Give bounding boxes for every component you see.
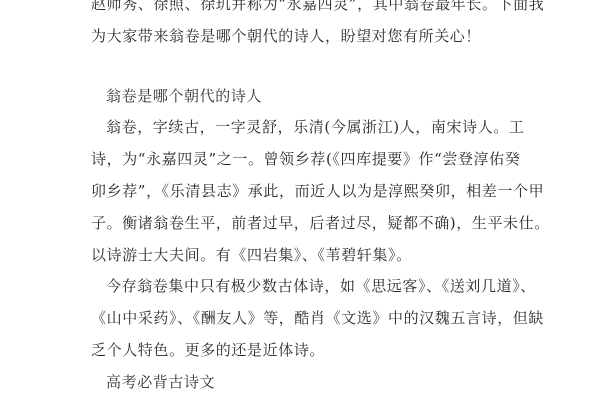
intro-line-1: 赵师秀、徐照、徐玑并称为“永嘉四灵”，其中翁卷最年长。下面我 [91,0,513,21]
section-heading: 翁卷是哪个朝代的诗人 [91,81,513,113]
document-page: 赵师秀、徐照、徐玑并称为“永嘉四灵”，其中翁卷最年长。下面我 为大家带来翁卷是哪… [91,0,513,399]
paragraph2-line-3: 乏个人特色。更多的还是近体诗。 [91,335,513,367]
paragraph1-line-1: 翁卷，字续古，一字灵舒，乐清(今属浙江)人，南宋诗人。工 [91,112,513,144]
paragraph2-line-1: 今存翁卷集中只有极少数古体诗，如《思远客》、《送刘几道》、 [91,271,513,303]
paragraph1-line-3: 卯乡荐”，《乐清县志》承此，而近人以为是淳熙癸卯，相差一个甲 [91,176,513,208]
paragraph1-line-2: 诗，为“永嘉四灵”之一。曾领乡荐(《四库提要》作“尝登淳佑癸 [91,144,513,176]
paragraph1-line-4: 子。衡诸翁卷生平，前者过早，后者过尽，疑都不确)，生平未仕。 [91,208,513,240]
footer-heading: 高考必背古诗文 [91,367,513,399]
paragraph2-line-2: 《山中采药》、《酬友人》等，酷肖《文选》中的汉魏五言诗，但缺 [91,303,513,335]
spacer [91,53,513,81]
intro-line-2: 为大家带来翁卷是哪个朝代的诗人，盼望对您有所关心！ [91,21,513,53]
paragraph1-line-5: 以诗游士大夫间。有《四岩集》、《苇碧轩集》。 [91,240,513,272]
